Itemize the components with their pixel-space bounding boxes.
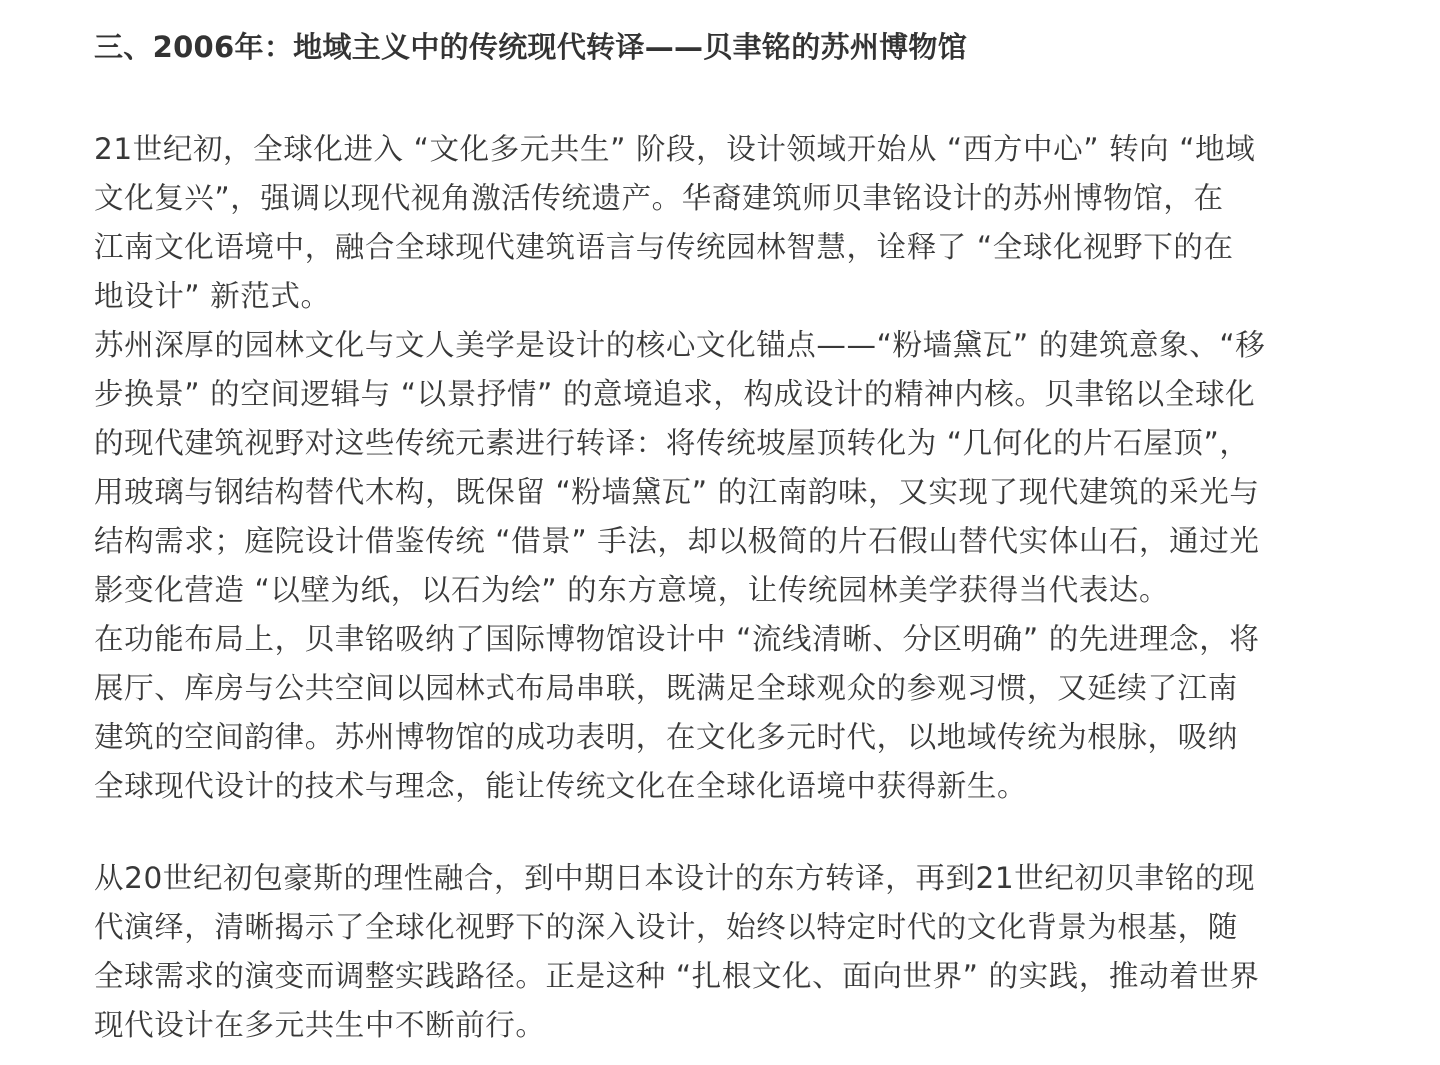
text-line: 步换景” 的空间逻辑与 “以景抒情” 的意境追求，构成设计的精神内核。贝聿铭以全… [94,370,1354,419]
text-line: 建筑的空间韵律。苏州博物馆的成功表明，在文化多元时代，以地域传统为根脉，吸纳 [94,713,1354,762]
paragraph-conclusion: 从20世纪初包豪斯的理性融合，到中期日本设计的东方转译，再到21世纪初贝聿铭的现… [94,854,1354,1050]
text-line: 影变化营造 “以壁为纸，以石为绘” 的东方意境，让传统园林美学获得当代表达。 [94,566,1354,615]
text-line: 代演绎，清晰揭示了全球化视野下的深入设计，始终以特定时代的文化背景为根基，随 [94,903,1354,952]
paragraph-function-layout: 在功能布局上，贝聿铭吸纳了国际博物馆设计中 “流线清晰、分区明确” 的先进理念，… [94,615,1354,811]
paragraph-intro: 21世纪初，全球化进入 “文化多元共生” 阶段，设计领域开始从 “西方中心” 转… [94,125,1354,321]
text-line: 在功能布局上，贝聿铭吸纳了国际博物馆设计中 “流线清晰、分区明确” 的先进理念，… [94,615,1354,664]
text-line: 地设计” 新范式。 [94,272,1354,321]
text-line: 从20世纪初包豪斯的理性融合，到中期日本设计的东方转译，再到21世纪初贝聿铭的现 [94,854,1354,903]
text-line: 文化复兴”，强调以现代视角激活传统遗产。华裔建筑师贝聿铭设计的苏州博物馆，在 [94,174,1354,223]
paragraph-spacer [94,811,1354,854]
text-line: 的现代建筑视野对这些传统元素进行转译：将传统坡屋顶转化为 “几何化的片石屋顶”， [94,419,1354,468]
article: 三、2006年：地域主义中的传统现代转译——贝聿铭的苏州博物馆 21世纪初，全球… [94,18,1354,1050]
text-line: 21世纪初，全球化进入 “文化多元共生” 阶段，设计领域开始从 “西方中心” 转… [94,125,1354,174]
spacer [94,76,1354,125]
text-line: 全球需求的演变而调整实践路径。正是这种 “扎根文化、面向世界” 的实践，推动着世… [94,952,1354,1001]
text-line: 江南文化语境中，融合全球现代建筑语言与传统园林智慧，诠释了 “全球化视野下的在 [94,223,1354,272]
text-line: 全球现代设计的技术与理念，能让传统文化在全球化语境中获得新生。 [94,762,1354,811]
text-line: 结构需求；庭院设计借鉴传统 “借景” 手法，却以极简的片石假山替代实体山石，通过… [94,517,1354,566]
section-title: 三、2006年：地域主义中的传统现代转译——贝聿铭的苏州博物馆 [94,18,1354,76]
text-line: 现代设计在多元共生中不断前行。 [94,1001,1354,1050]
text-line: 展厅、库房与公共空间以园林式布局串联，既满足全球观众的参观习惯，又延续了江南 [94,664,1354,713]
paragraph-garden-culture: 苏州深厚的园林文化与文人美学是设计的核心文化锚点——“粉墙黛瓦” 的建筑意象、“… [94,321,1354,615]
text-line: 用玻璃与钢结构替代木构，既保留 “粉墙黛瓦” 的江南韵味，又实现了现代建筑的采光… [94,468,1354,517]
text-line: 苏州深厚的园林文化与文人美学是设计的核心文化锚点——“粉墙黛瓦” 的建筑意象、“… [94,321,1354,370]
